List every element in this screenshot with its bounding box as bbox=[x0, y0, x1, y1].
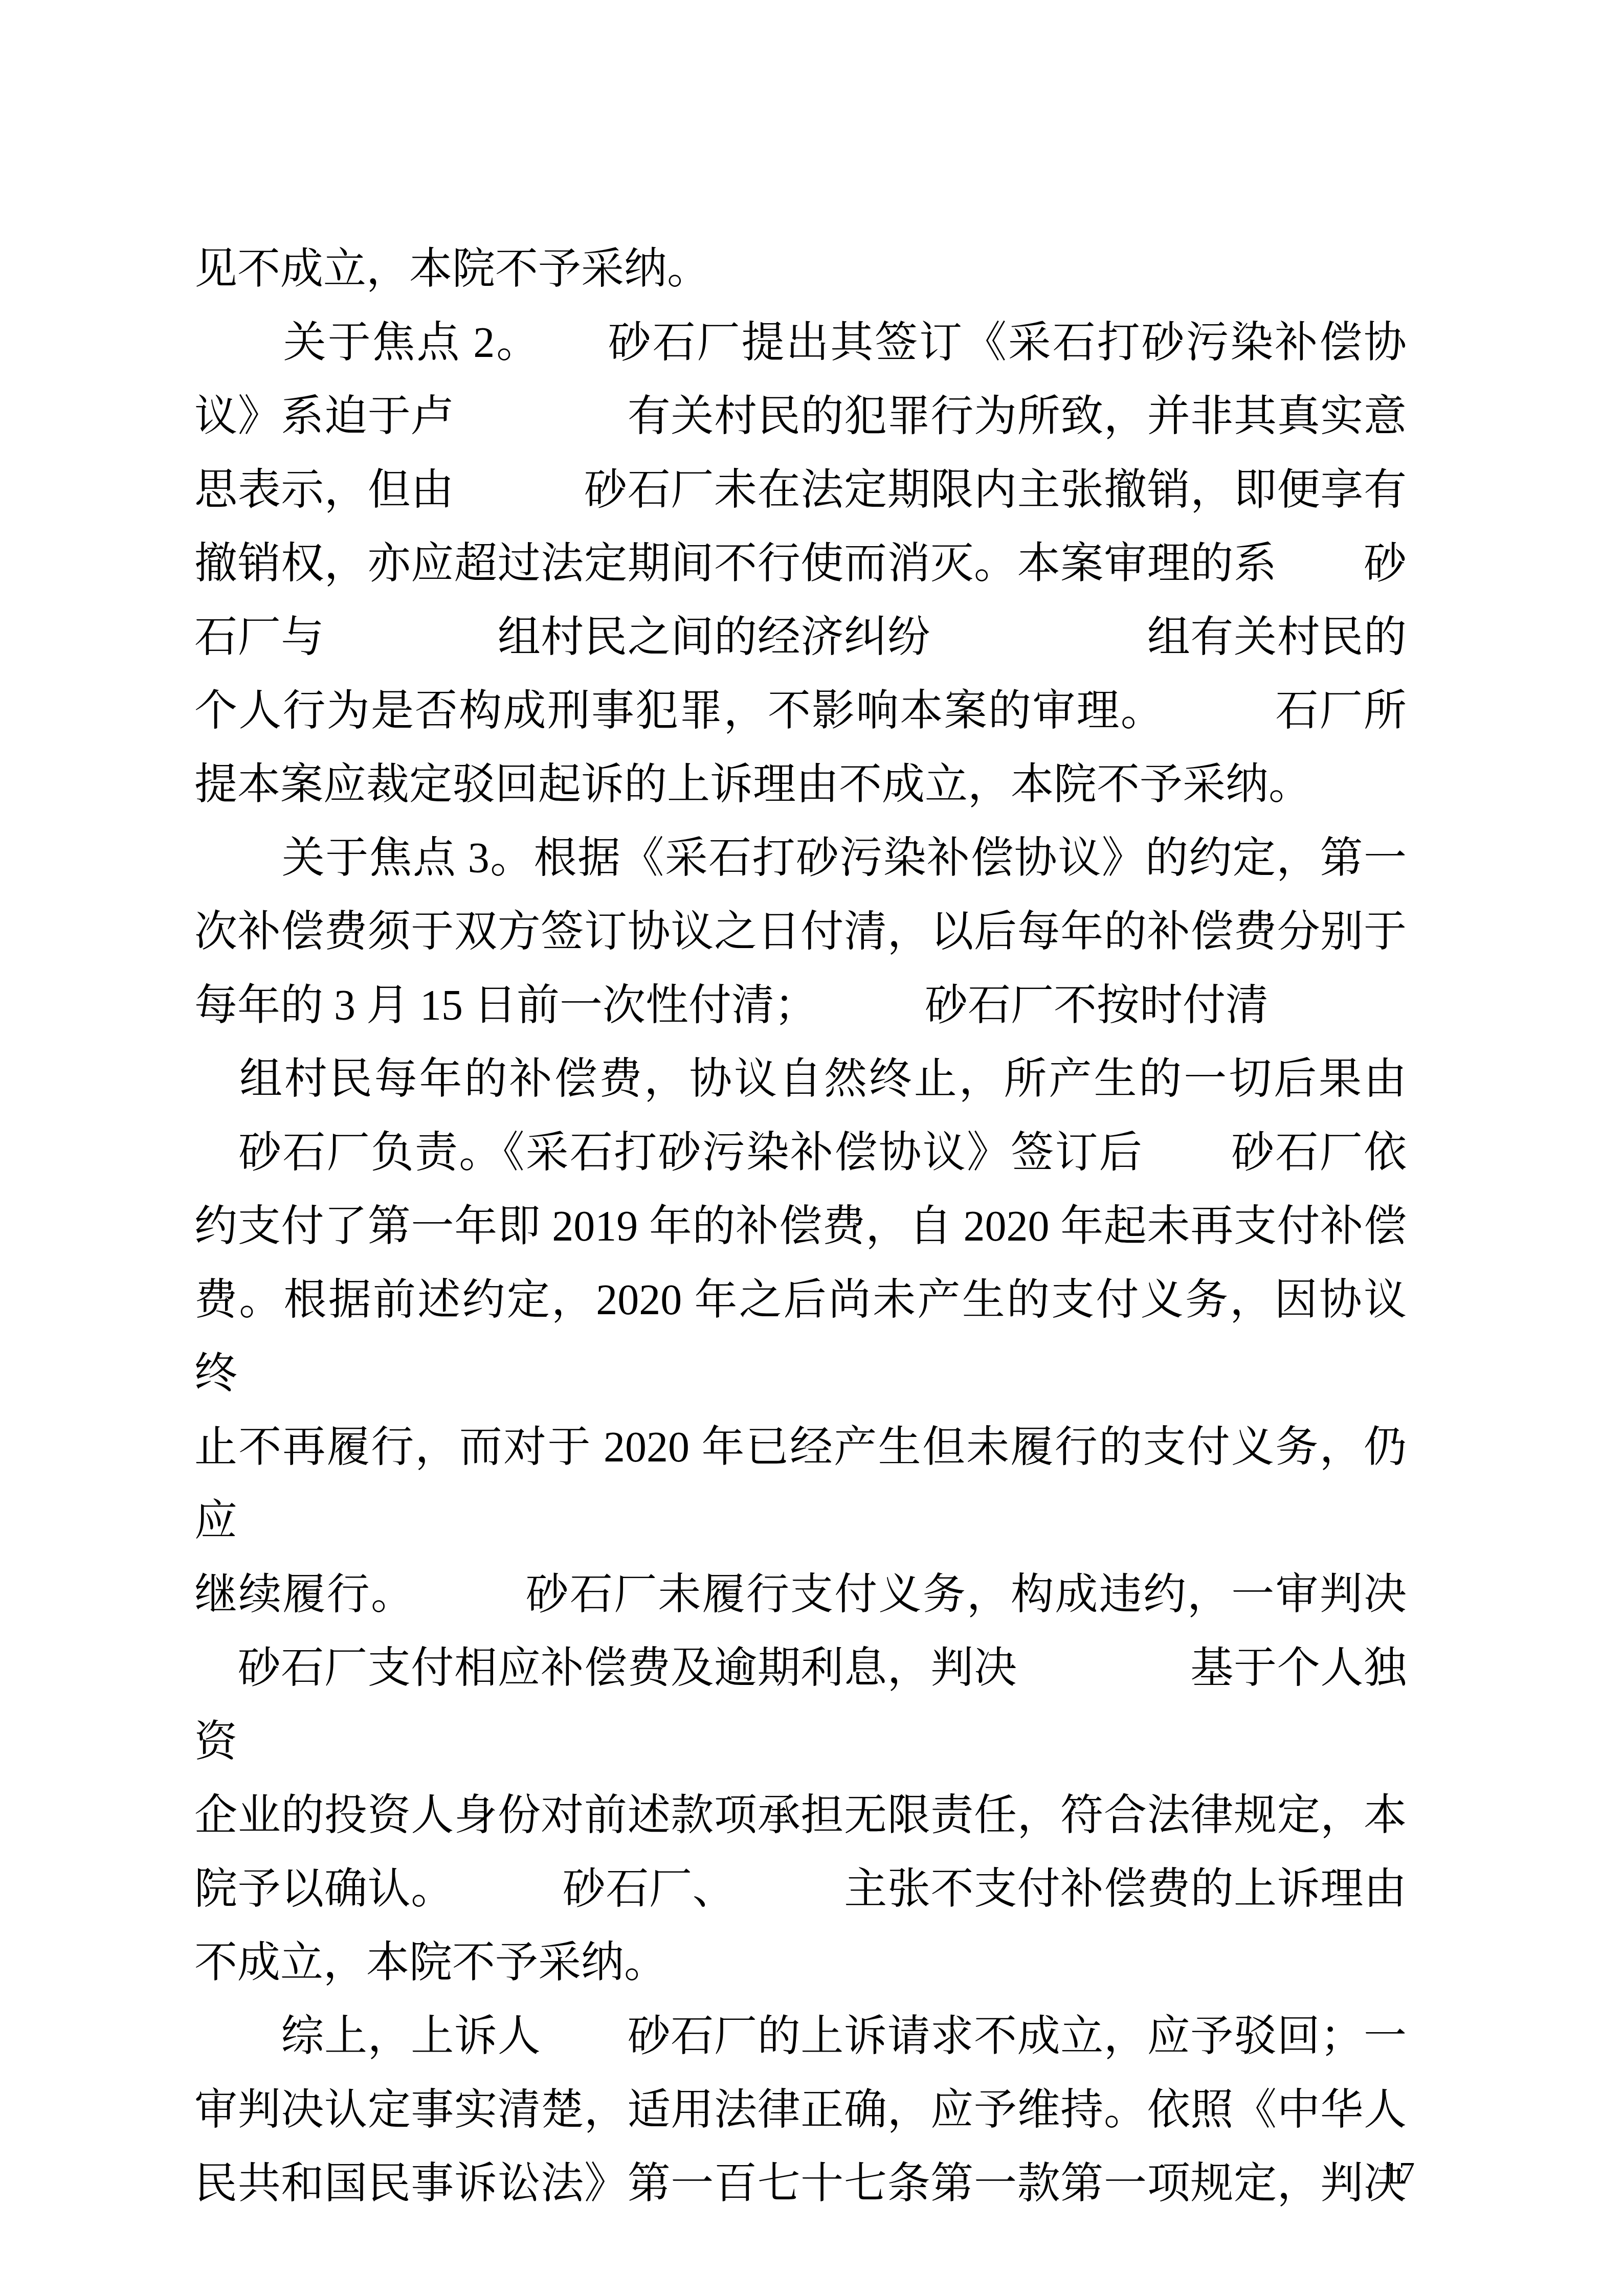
text-line: 次补偿费须于双方签订协议之日付清，以后每年的补偿费分别于 bbox=[194, 895, 1407, 969]
text-line: 止不再履行，而对于 2020 年已经产生但未履行的支付义务，仍应 bbox=[194, 1411, 1407, 1558]
text-line: 审判决认定事实清楚，适用法律正确，应予维持。依照《中华人 bbox=[194, 2074, 1407, 2147]
text-line: 撤销权，亦应超过法定期间不行使而消灭。本案审理的系 砂 bbox=[194, 527, 1407, 601]
text-line: 关于焦点 3。根据《采石打砂污染补偿协议》的约定，第一 bbox=[194, 822, 1407, 895]
text-line: 砂石厂负责。《采石打砂污染补偿协议》签订后 砂石厂依 bbox=[194, 1116, 1407, 1190]
text-line: 费。根据前述约定，2020 年之后尚未产生的支付义务，因协议终 bbox=[194, 1264, 1407, 1411]
text-line: 石厂与 组村民之间的经济纠纷 组有关村民的 bbox=[194, 601, 1407, 674]
text-line: 议》系迫于卢 有关村民的犯罪行为所致，并非其真实意 bbox=[194, 380, 1407, 454]
text-line: 组村民每年的补偿费，协议自然终止，所产生的一切后果由 bbox=[194, 1043, 1407, 1116]
judgment-text-block: 见不成立，本院不予采纳。 关于焦点 2。 砂石厂提出其签订《采石打砂污染补偿协议… bbox=[194, 233, 1407, 2221]
text-line: 综上，上诉人 砂石厂的上诉请求不成立，应予驳回；一 bbox=[194, 2000, 1407, 2074]
text-line: 个人行为是否构成刑事犯罪，不影响本案的审理。 石厂所 bbox=[194, 674, 1407, 748]
text-line: 砂石厂支付相应补偿费及逾期利息，判决 基于个人独资 bbox=[194, 1632, 1407, 1779]
text-line: 提本案应裁定驳回起诉的上诉理由不成立，本院不予采纳。 bbox=[194, 748, 1407, 822]
judgment-document-page: 见不成立，本院不予采纳。 关于焦点 2。 砂石厂提出其签订《采石打砂污染补偿协议… bbox=[0, 0, 1624, 2296]
page-number: 17 bbox=[1383, 2153, 1415, 2194]
text-line: 院予以确认。 砂石厂、 主张不支付补偿费的上诉理由 bbox=[194, 1853, 1407, 1926]
text-line: 企业的投资人身份对前述款项承担无限责任，符合法律规定，本 bbox=[194, 1779, 1407, 1853]
text-line: 关于焦点 2。 砂石厂提出其签订《采石打砂污染补偿协 bbox=[194, 306, 1407, 380]
text-line: 民共和国民事诉讼法》第一百七十七条第一款第一项规定，判决 bbox=[194, 2147, 1407, 2221]
text-line: 继续履行。 砂石厂未履行支付义务，构成违约，一审判决 bbox=[194, 1558, 1407, 1632]
text-line: 每年的 3 月 15 日前一次性付清； 砂石厂不按时付清 bbox=[194, 969, 1407, 1043]
text-line: 不成立，本院不予采纳。 bbox=[194, 1926, 1407, 2000]
text-line: 思表示，但由 砂石厂未在法定期限内主张撤销，即便享有 bbox=[194, 454, 1407, 527]
text-line: 约支付了第一年即 2019 年的补偿费，自 2020 年起未再支付补偿 bbox=[194, 1190, 1407, 1264]
text-line: 见不成立，本院不予采纳。 bbox=[194, 233, 1407, 306]
